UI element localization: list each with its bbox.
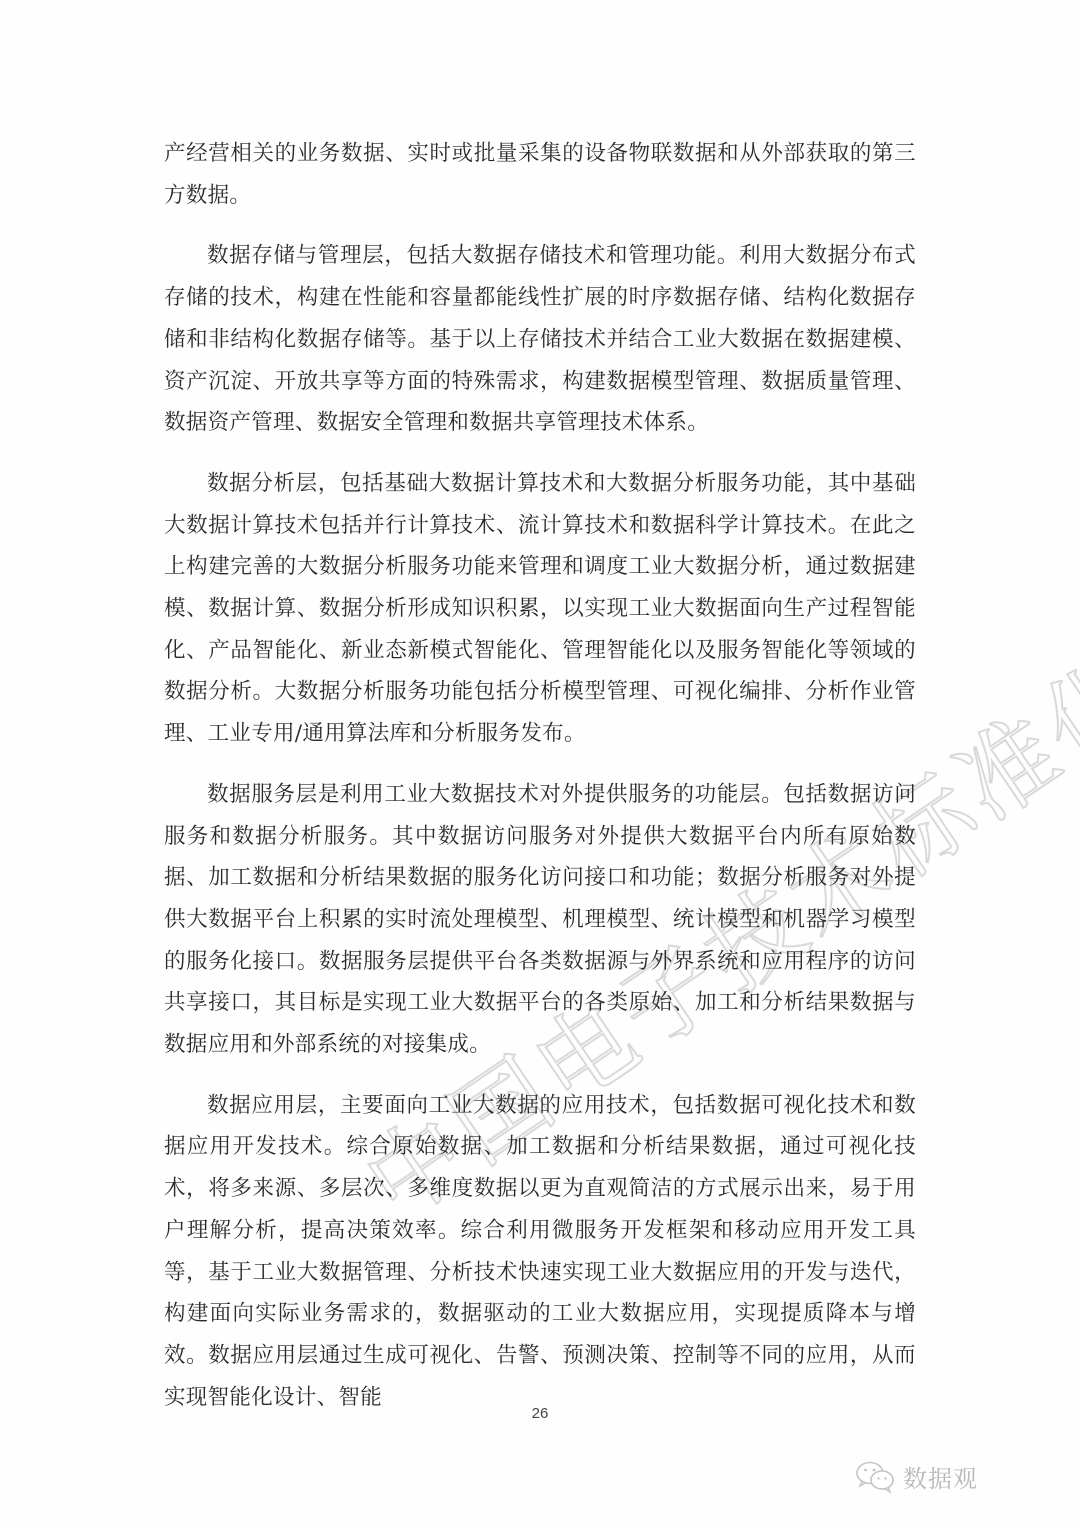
source-badge-label: 数据观 bbox=[903, 1459, 978, 1494]
wechat-icon bbox=[855, 1460, 897, 1494]
source-badge: 数据观 bbox=[855, 1459, 978, 1494]
paragraph-data-application-layer: 数据应用层，主要面向工业大数据的应用技术，包括数据可视化技术和数据应用开发技术。… bbox=[164, 1085, 916, 1419]
document-page: 中国电子技术标准化研究院 产经营相关的业务数据、实时或批量采集的设备物联数据和从… bbox=[0, 0, 1080, 1527]
document-body: 产经营相关的业务数据、实时或批量采集的设备物联数据和从外部获取的第三方数据。 数… bbox=[164, 133, 916, 1437]
paragraph-intro-continuation: 产经营相关的业务数据、实时或批量采集的设备物联数据和从外部获取的第三方数据。 bbox=[164, 133, 916, 216]
page-number: 26 bbox=[0, 1405, 1080, 1422]
paragraph-data-analysis-layer: 数据分析层，包括基础大数据计算技术和大数据分析服务功能，其中基础大数据计算技术包… bbox=[164, 463, 916, 755]
paragraph-data-service-layer: 数据服务层是利用工业大数据技术对外提供服务的功能层。包括数据访问服务和数据分析服… bbox=[164, 774, 916, 1066]
paragraph-data-storage-layer: 数据存储与管理层，包括大数据存储技术和管理功能。利用大数据分布式存储的技术，构建… bbox=[164, 235, 916, 444]
